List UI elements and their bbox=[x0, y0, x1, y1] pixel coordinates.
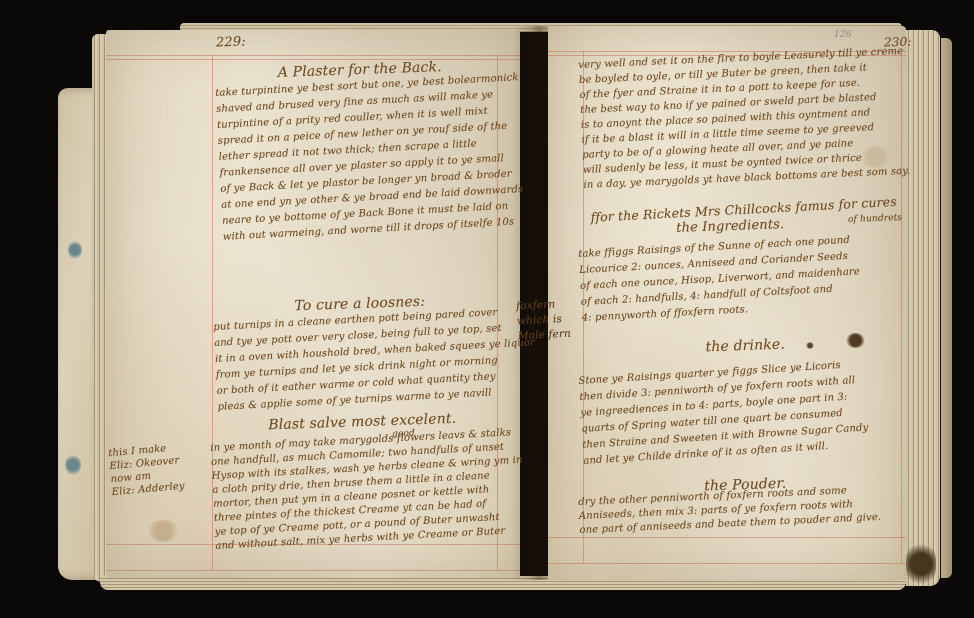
left-page-number: 229: bbox=[216, 34, 246, 50]
folio-number-pencil: 126 bbox=[834, 30, 852, 40]
right-page: 126 230: very well and set it on the fir… bbox=[548, 26, 906, 580]
foxing-stain bbox=[146, 520, 180, 542]
ink-stain bbox=[846, 333, 865, 348]
recipe-text-blast-salve-continued: very well and set it on the fire to boyl… bbox=[578, 44, 910, 193]
right-margin-note-foxfern: foxfern which is Male fern bbox=[516, 297, 571, 345]
right-page-edges bbox=[906, 30, 940, 586]
recipe-text-drinke: Stone ye Raisings quarter ye figgs Slice… bbox=[578, 357, 870, 470]
photo-background: 229: A Plaster for the Back. take turpin… bbox=[0, 0, 974, 618]
blue-stain bbox=[65, 454, 81, 476]
foxing-stain bbox=[858, 146, 892, 168]
recipe-text-plaster: take turpintine ye best sort but one, ye… bbox=[215, 70, 527, 246]
recipe-text-ingredients: take ffiggs Raisings of the Sunne of eac… bbox=[578, 232, 862, 327]
left-page: 229: A Plaster for the Back. take turpin… bbox=[106, 30, 520, 578]
ruling-line bbox=[548, 563, 906, 564]
edge-stain bbox=[906, 542, 936, 586]
back-cover-edge bbox=[941, 38, 952, 578]
subheading-drinke: the drinke. bbox=[620, 334, 870, 359]
ruling-line bbox=[106, 55, 520, 56]
left-margin-note-ownership: this I make Eliz: Okeover now am Eliz: A… bbox=[108, 441, 185, 499]
blue-stain bbox=[68, 240, 82, 260]
recipe-text-blast-salve: in ye month of may take marygolds flower… bbox=[210, 426, 527, 554]
recipe-text-loosnes: put turnips in a cleane earthen pott bei… bbox=[213, 303, 538, 416]
ruling-line bbox=[548, 537, 906, 538]
ink-stain bbox=[806, 342, 814, 349]
ruling-line bbox=[106, 570, 520, 571]
